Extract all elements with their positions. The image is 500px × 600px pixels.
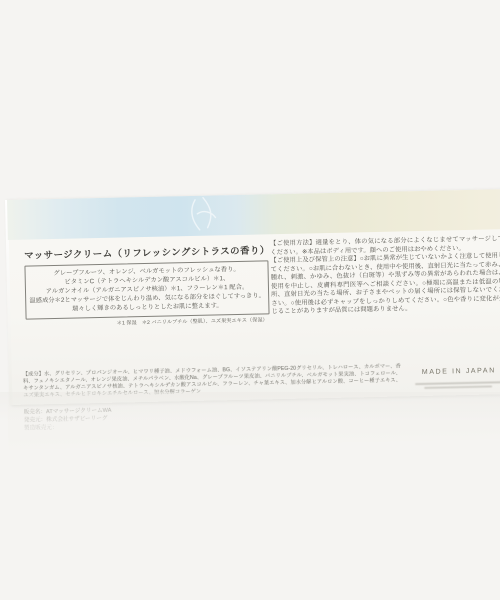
product-photo: マッサージクリーム（リフレッシングシトラスの香り） グレープフルーツ、オレンジ、…: [0, 0, 500, 600]
label-right-column: 【ご使用方法】適量をとり、体の気になる部分によくなじませてマッサージしてください…: [270, 235, 500, 317]
label-left-column: マッサージクリーム（リフレッシングシトラスの香り） グレープフルーツ、オレンジ、…: [24, 242, 270, 328]
product-title: マッサージクリーム（リフレッシングシトラスの香り）: [24, 242, 268, 261]
label-text-area: マッサージクリーム（リフレッシングシトラスの香り） グレープフルーツ、オレンジ、…: [8, 229, 500, 405]
ingredients-text: 【成分】水、グリセリン、プロパンジオール、ヒマワリ種子油、メドウフォーム油、BG…: [23, 363, 402, 399]
band-line-art: [137, 195, 258, 238]
usage-caution-text: 【ご使用上及び保管上の注意】○お肌に異常が生じていないかよく注意して使用してくだ…: [270, 252, 500, 317]
description-box: グレープフルーツ、オレンジ、ベルガモットのフレッシュな香り。 ビタミンC（テトラ…: [24, 260, 269, 319]
distributor-block: 販売名：ATマッサージクリームWA 発売元：株式会社サザビーリーグ 製造販売元：: [24, 403, 324, 433]
package-back-panel: マッサージクリーム（リフレッシングシトラスの香り） グレープフルーツ、オレンジ、…: [7, 189, 500, 405]
made-in-japan-text: MADE IN JAPAN: [411, 367, 500, 376]
fine-print-illegible: [415, 381, 500, 391]
